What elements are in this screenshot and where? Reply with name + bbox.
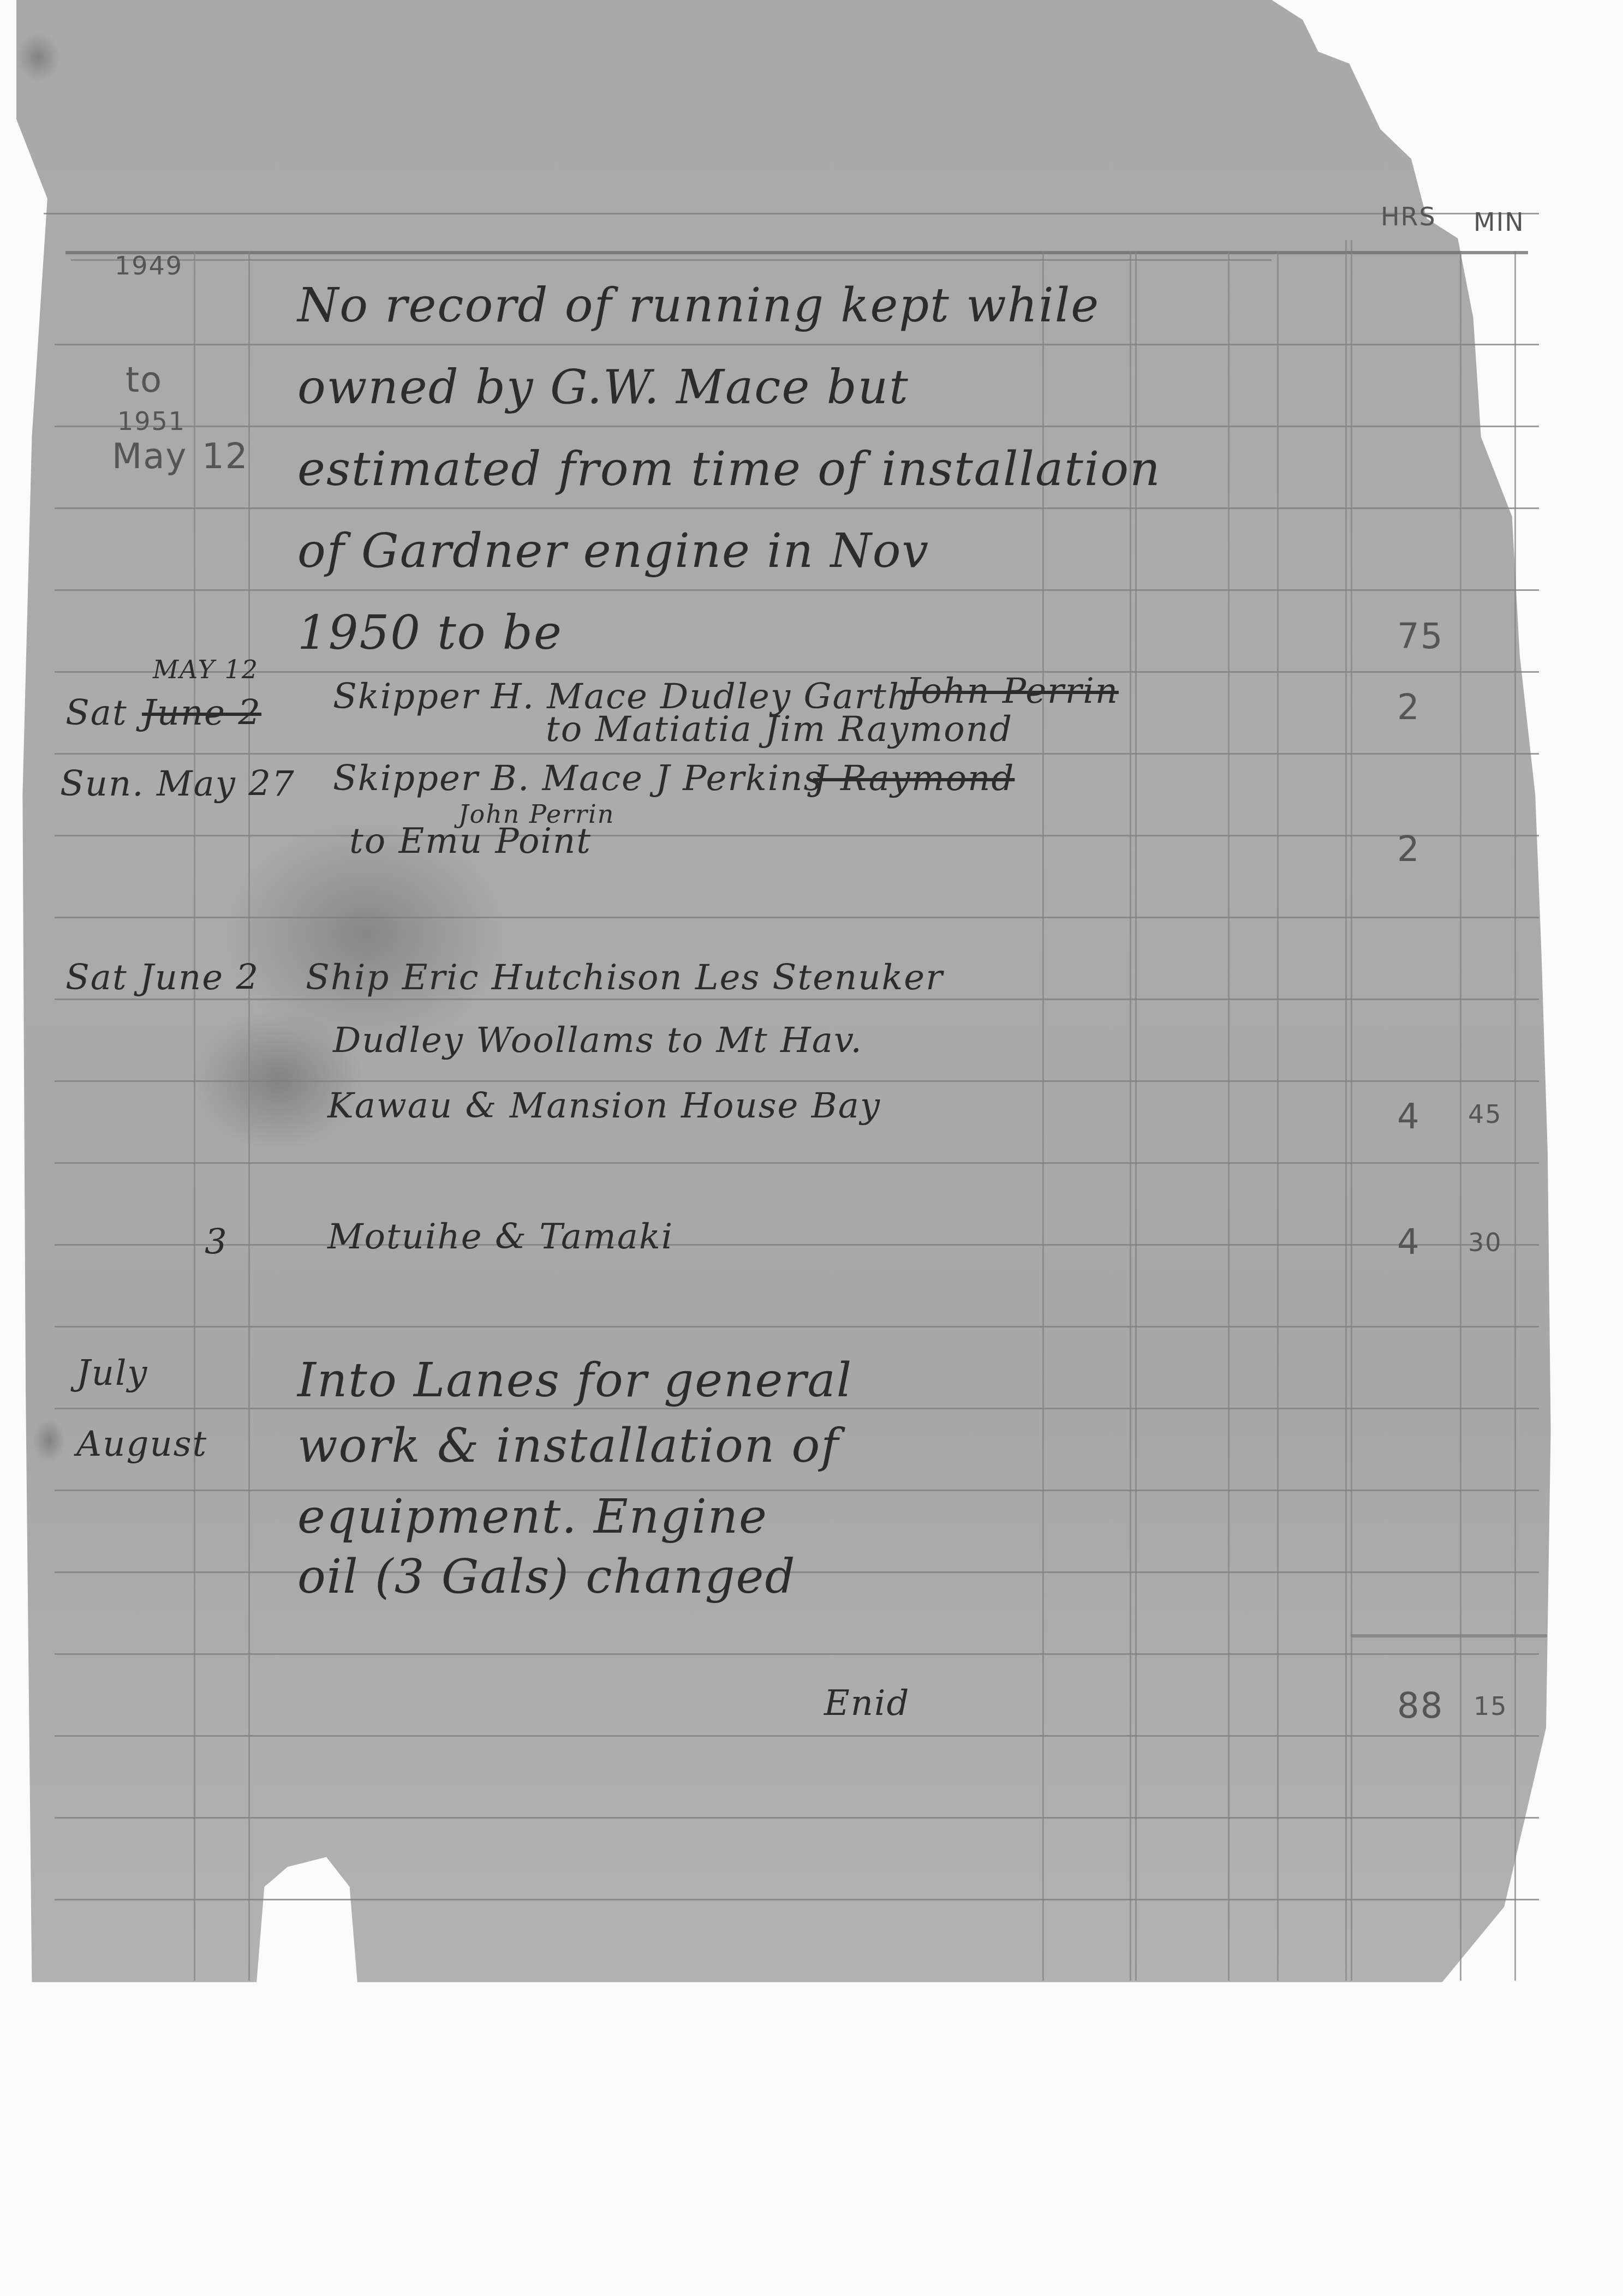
row-rule [55,1490,1539,1491]
entry-text: No record of running kept while [297,278,1100,333]
entry-date: 1949 [115,251,183,280]
row-rule [55,835,1539,836]
header-double-rule [65,251,1528,254]
signature: Enid [824,1683,910,1724]
entry-text: Into Lanes for general [297,1353,852,1408]
row-rule [55,753,1539,755]
entry-struck-text: J Raymond [813,758,1015,799]
entry-hours: 75 [1397,617,1443,657]
row-rule [55,1080,1539,1082]
header-double-rule [71,259,1272,261]
entry-minutes: 45 [1468,1099,1502,1129]
entry-text: work & installation of [297,1419,839,1473]
entry-date: Sat June 2 [65,958,259,998]
column-rule [1135,251,1137,1981]
entry-text: Kawau & Mansion House Bay [327,1086,881,1126]
row-rule [55,671,1539,673]
entry-date: July [76,1353,148,1394]
total-minutes: 15 [1473,1691,1508,1721]
entry-text: of Gardner engine in Nov [297,524,929,578]
min-header: MIN [1473,207,1525,237]
entry-text: 1950 to be [297,606,563,660]
column-rule [1228,251,1230,1981]
entry-text: Motuihe & Tamaki [327,1217,673,1257]
entry-struck-text: John Perrin [906,671,1119,711]
entry-text: Dudley Woollams to Mt Hav. [333,1020,863,1061]
row-rule [55,1244,1539,1246]
entry-date: Sun. May 27 [60,764,295,804]
header-rule [44,213,1539,214]
row-rule [55,344,1539,345]
entry-hours: 4 [1397,1097,1421,1137]
row-rule [55,1162,1539,1164]
entry-text: to Emu Point [349,821,592,862]
total-rule [1351,1634,1547,1637]
column-rule [1514,251,1516,1981]
row-rule [55,1326,1539,1328]
hrs-column-rule [1351,240,1352,1981]
entry-minutes: 30 [1468,1228,1502,1257]
row-rule [55,917,1539,918]
entry-date: to [126,360,163,400]
row-rule [55,1571,1539,1573]
row-rule [55,998,1539,1000]
row-rule [55,1899,1539,1900]
total-hours: 88 [1397,1686,1443,1726]
ink-blot [33,1419,65,1462]
row-rule [55,426,1539,427]
entry-text: estimated from time of installation [297,442,1161,497]
entry-date: August [76,1424,207,1464]
hrs-column-rule [1345,240,1347,1981]
row-rule [55,1735,1539,1737]
row-rule [55,507,1539,509]
column-rule [1130,251,1131,1981]
date-column-rule [194,251,195,1981]
entry-text: Skipper B. Mace J Perkins [333,758,822,799]
entry-hours: 2 [1397,687,1421,728]
entry-date: 1951 [117,406,186,436]
entry-date-prefix: Sat [65,693,128,733]
entry-date: May [112,437,187,477]
entry-text: oil (3 Gals) changed [297,1550,796,1604]
hrs-header: HRS [1381,202,1436,231]
description-column-rule [1042,251,1044,1981]
min-column-rule [1460,251,1461,1981]
entry-text: equipment. Engine [297,1490,768,1544]
entry-hours: 4 [1397,1222,1421,1263]
row-rule [55,1408,1539,1409]
entry-day: 12 [202,437,248,477]
row-rule [55,1653,1539,1655]
entry-hours: 2 [1397,829,1421,870]
row-rule [55,1817,1539,1819]
entry-text: owned by G.W. Mace but [297,360,909,415]
entry-date-struck: June 2 [142,693,261,733]
ink-blot [16,33,60,82]
row-rule [55,589,1539,591]
day-column-rule [248,251,250,1981]
entry-date-correction: MAY 12 [153,655,259,684]
column-rule [1277,251,1279,1981]
entry-day: 3 [205,1222,228,1263]
entry-text: to Matiatia Jim Raymond [546,709,1013,750]
entry-text: Ship Eric Hutchison Les Stenuker [306,958,944,998]
